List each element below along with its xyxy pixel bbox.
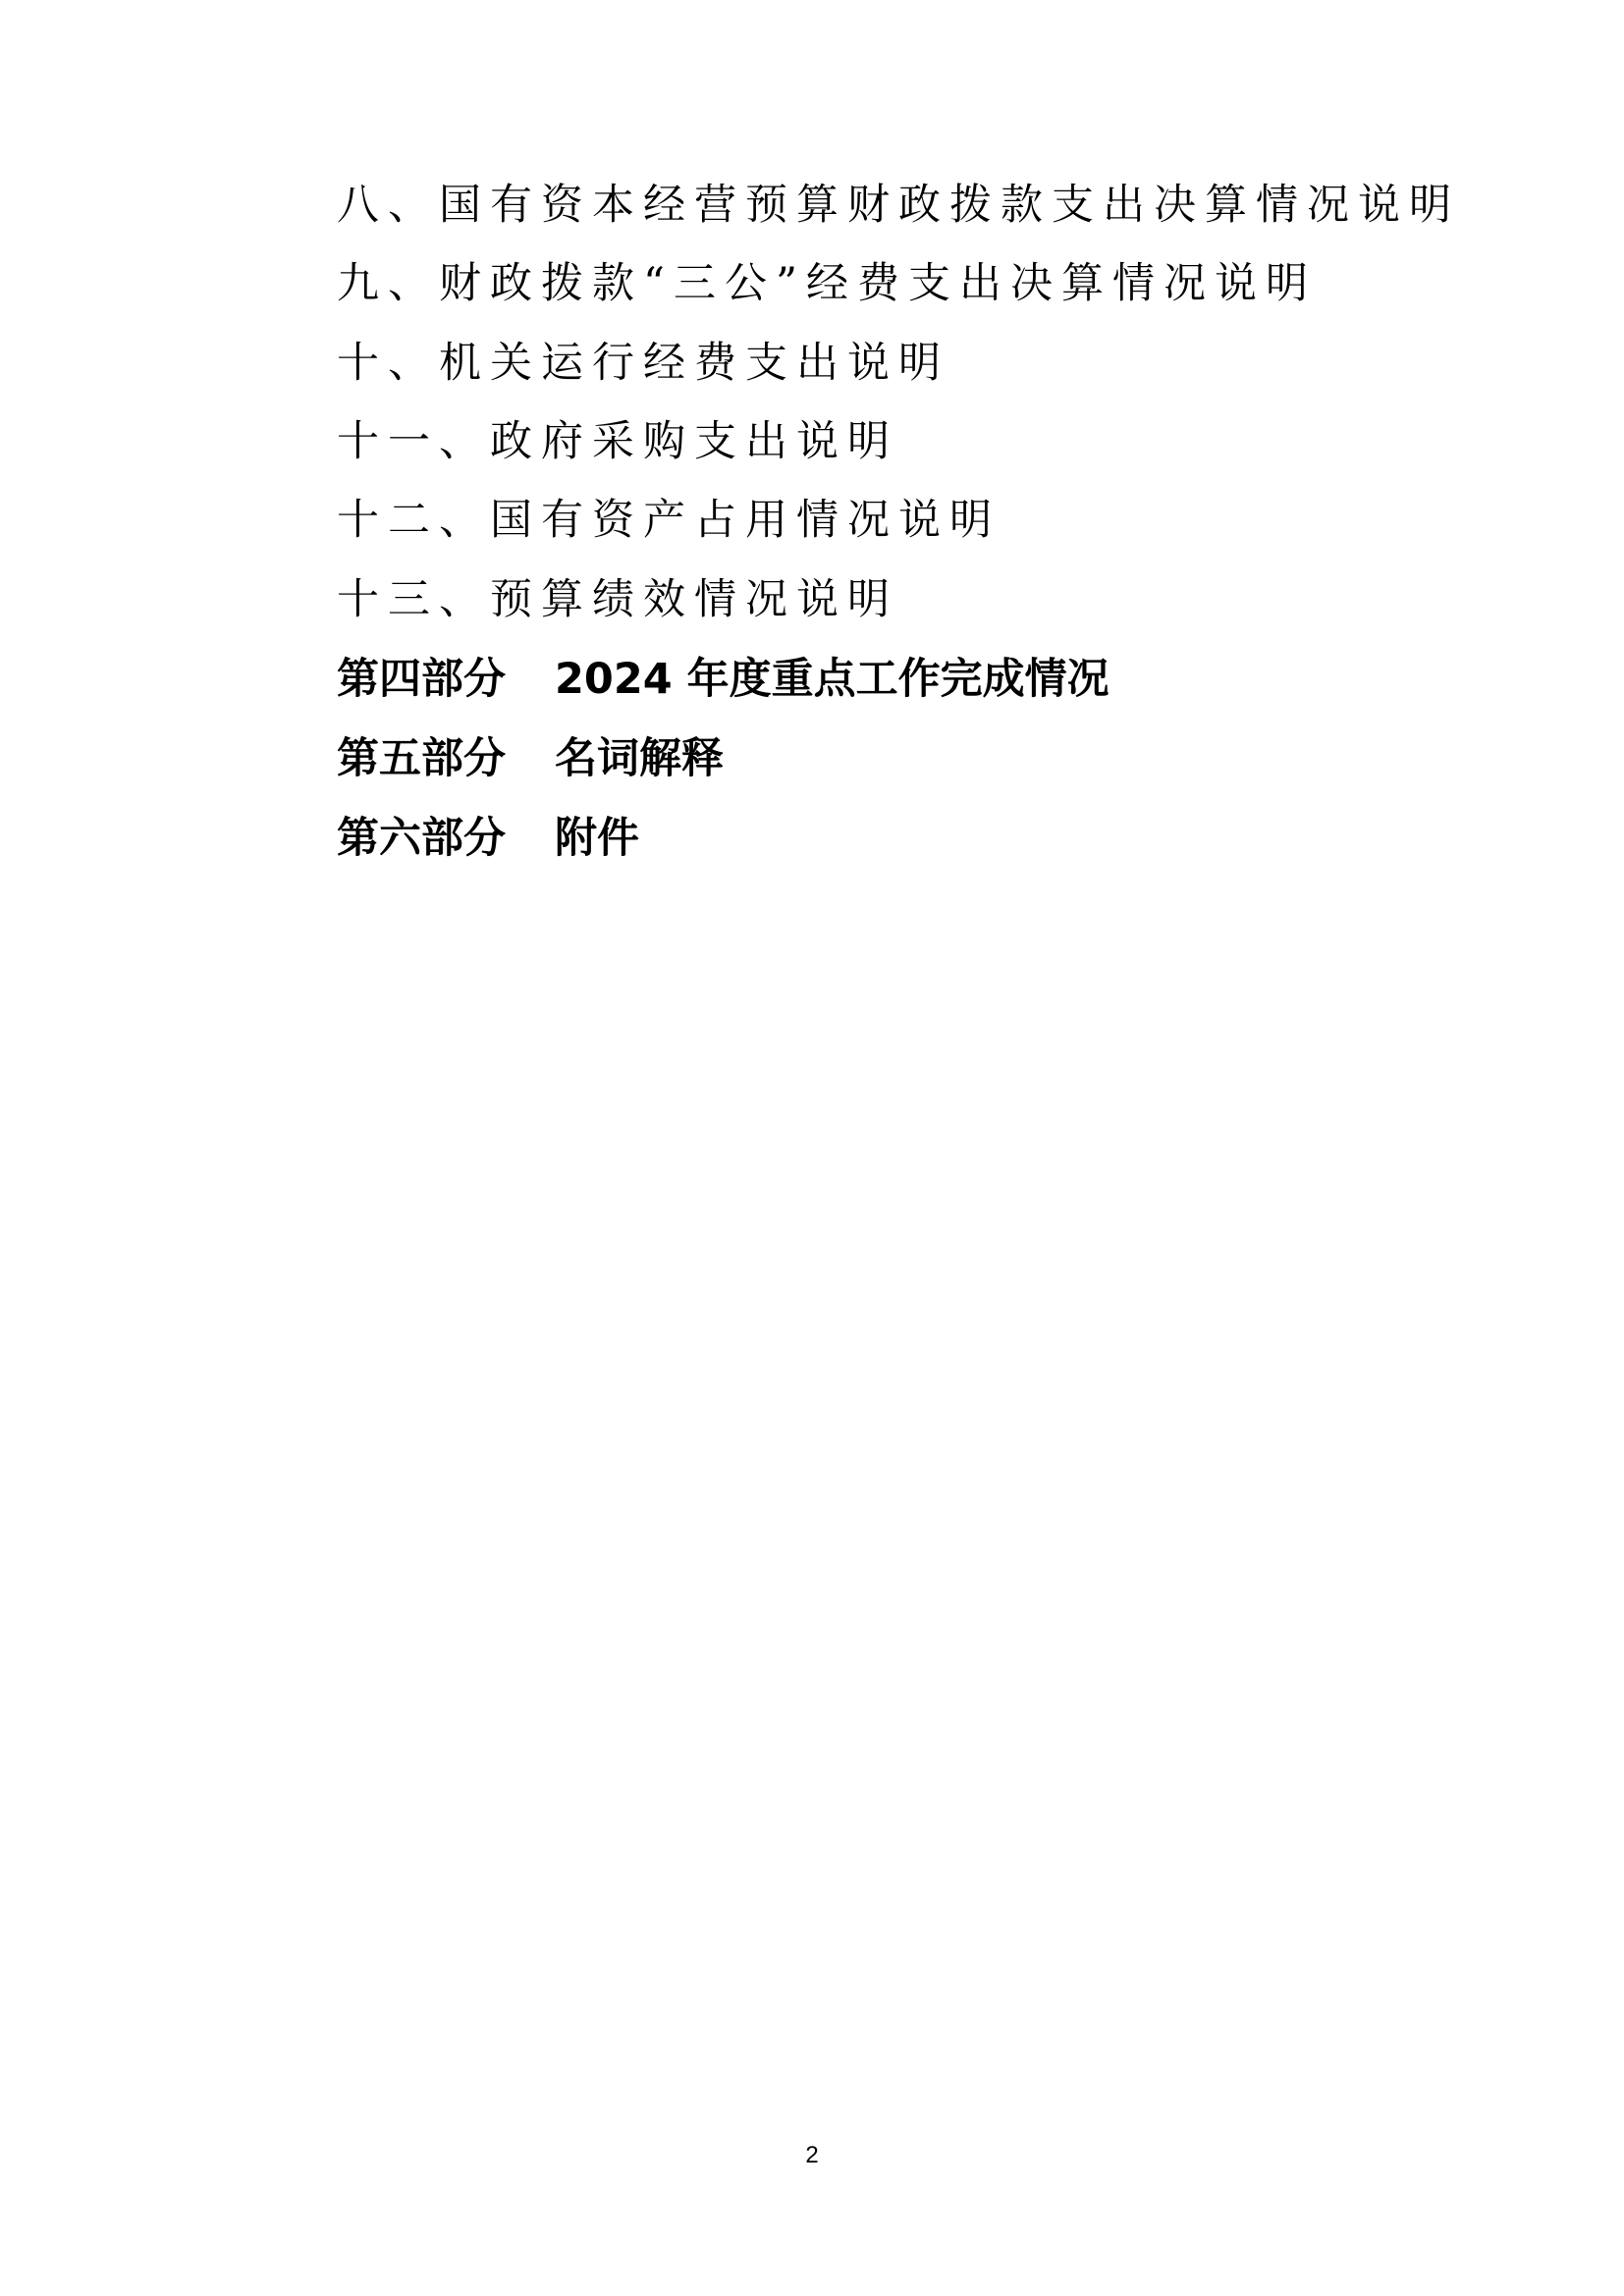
toc-item-8[interactable]: 八、国有资本经营预算财政拨款支出决算情况说明 [337, 181, 1460, 230]
document-page: 八、国有资本经营预算财政拨款支出决算情况说明 九、财政拨款“三公”经费支出决算情… [0, 0, 1624, 2296]
toc-item-12[interactable]: 十二、国有资产占用情况说明 [337, 496, 1001, 545]
part-title: 名词解释 [555, 734, 724, 783]
toc-part-5[interactable]: 第五部分名词解释 [337, 734, 724, 783]
toc-item-9[interactable]: 九、财政拨款“三公”经费支出决算情况说明 [337, 259, 1317, 308]
part-label: 第五部分 [337, 734, 555, 783]
toc-item-10[interactable]: 十、机关运行经费支出说明 [337, 339, 949, 388]
toc-item-11[interactable]: 十一、政府采购支出说明 [337, 417, 898, 466]
part-title: 2024 年度重点工作完成情况 [555, 655, 1110, 704]
part-label: 第四部分 [337, 655, 555, 704]
part-title: 附件 [555, 814, 639, 863]
part-label: 第六部分 [337, 814, 555, 863]
toc-item-13[interactable]: 十三、预算绩效情况说明 [337, 575, 898, 624]
toc-part-4[interactable]: 第四部分2024 年度重点工作完成情况 [337, 655, 1110, 704]
toc-part-6[interactable]: 第六部分附件 [337, 814, 639, 863]
page-number: 2 [0, 2142, 1624, 2169]
